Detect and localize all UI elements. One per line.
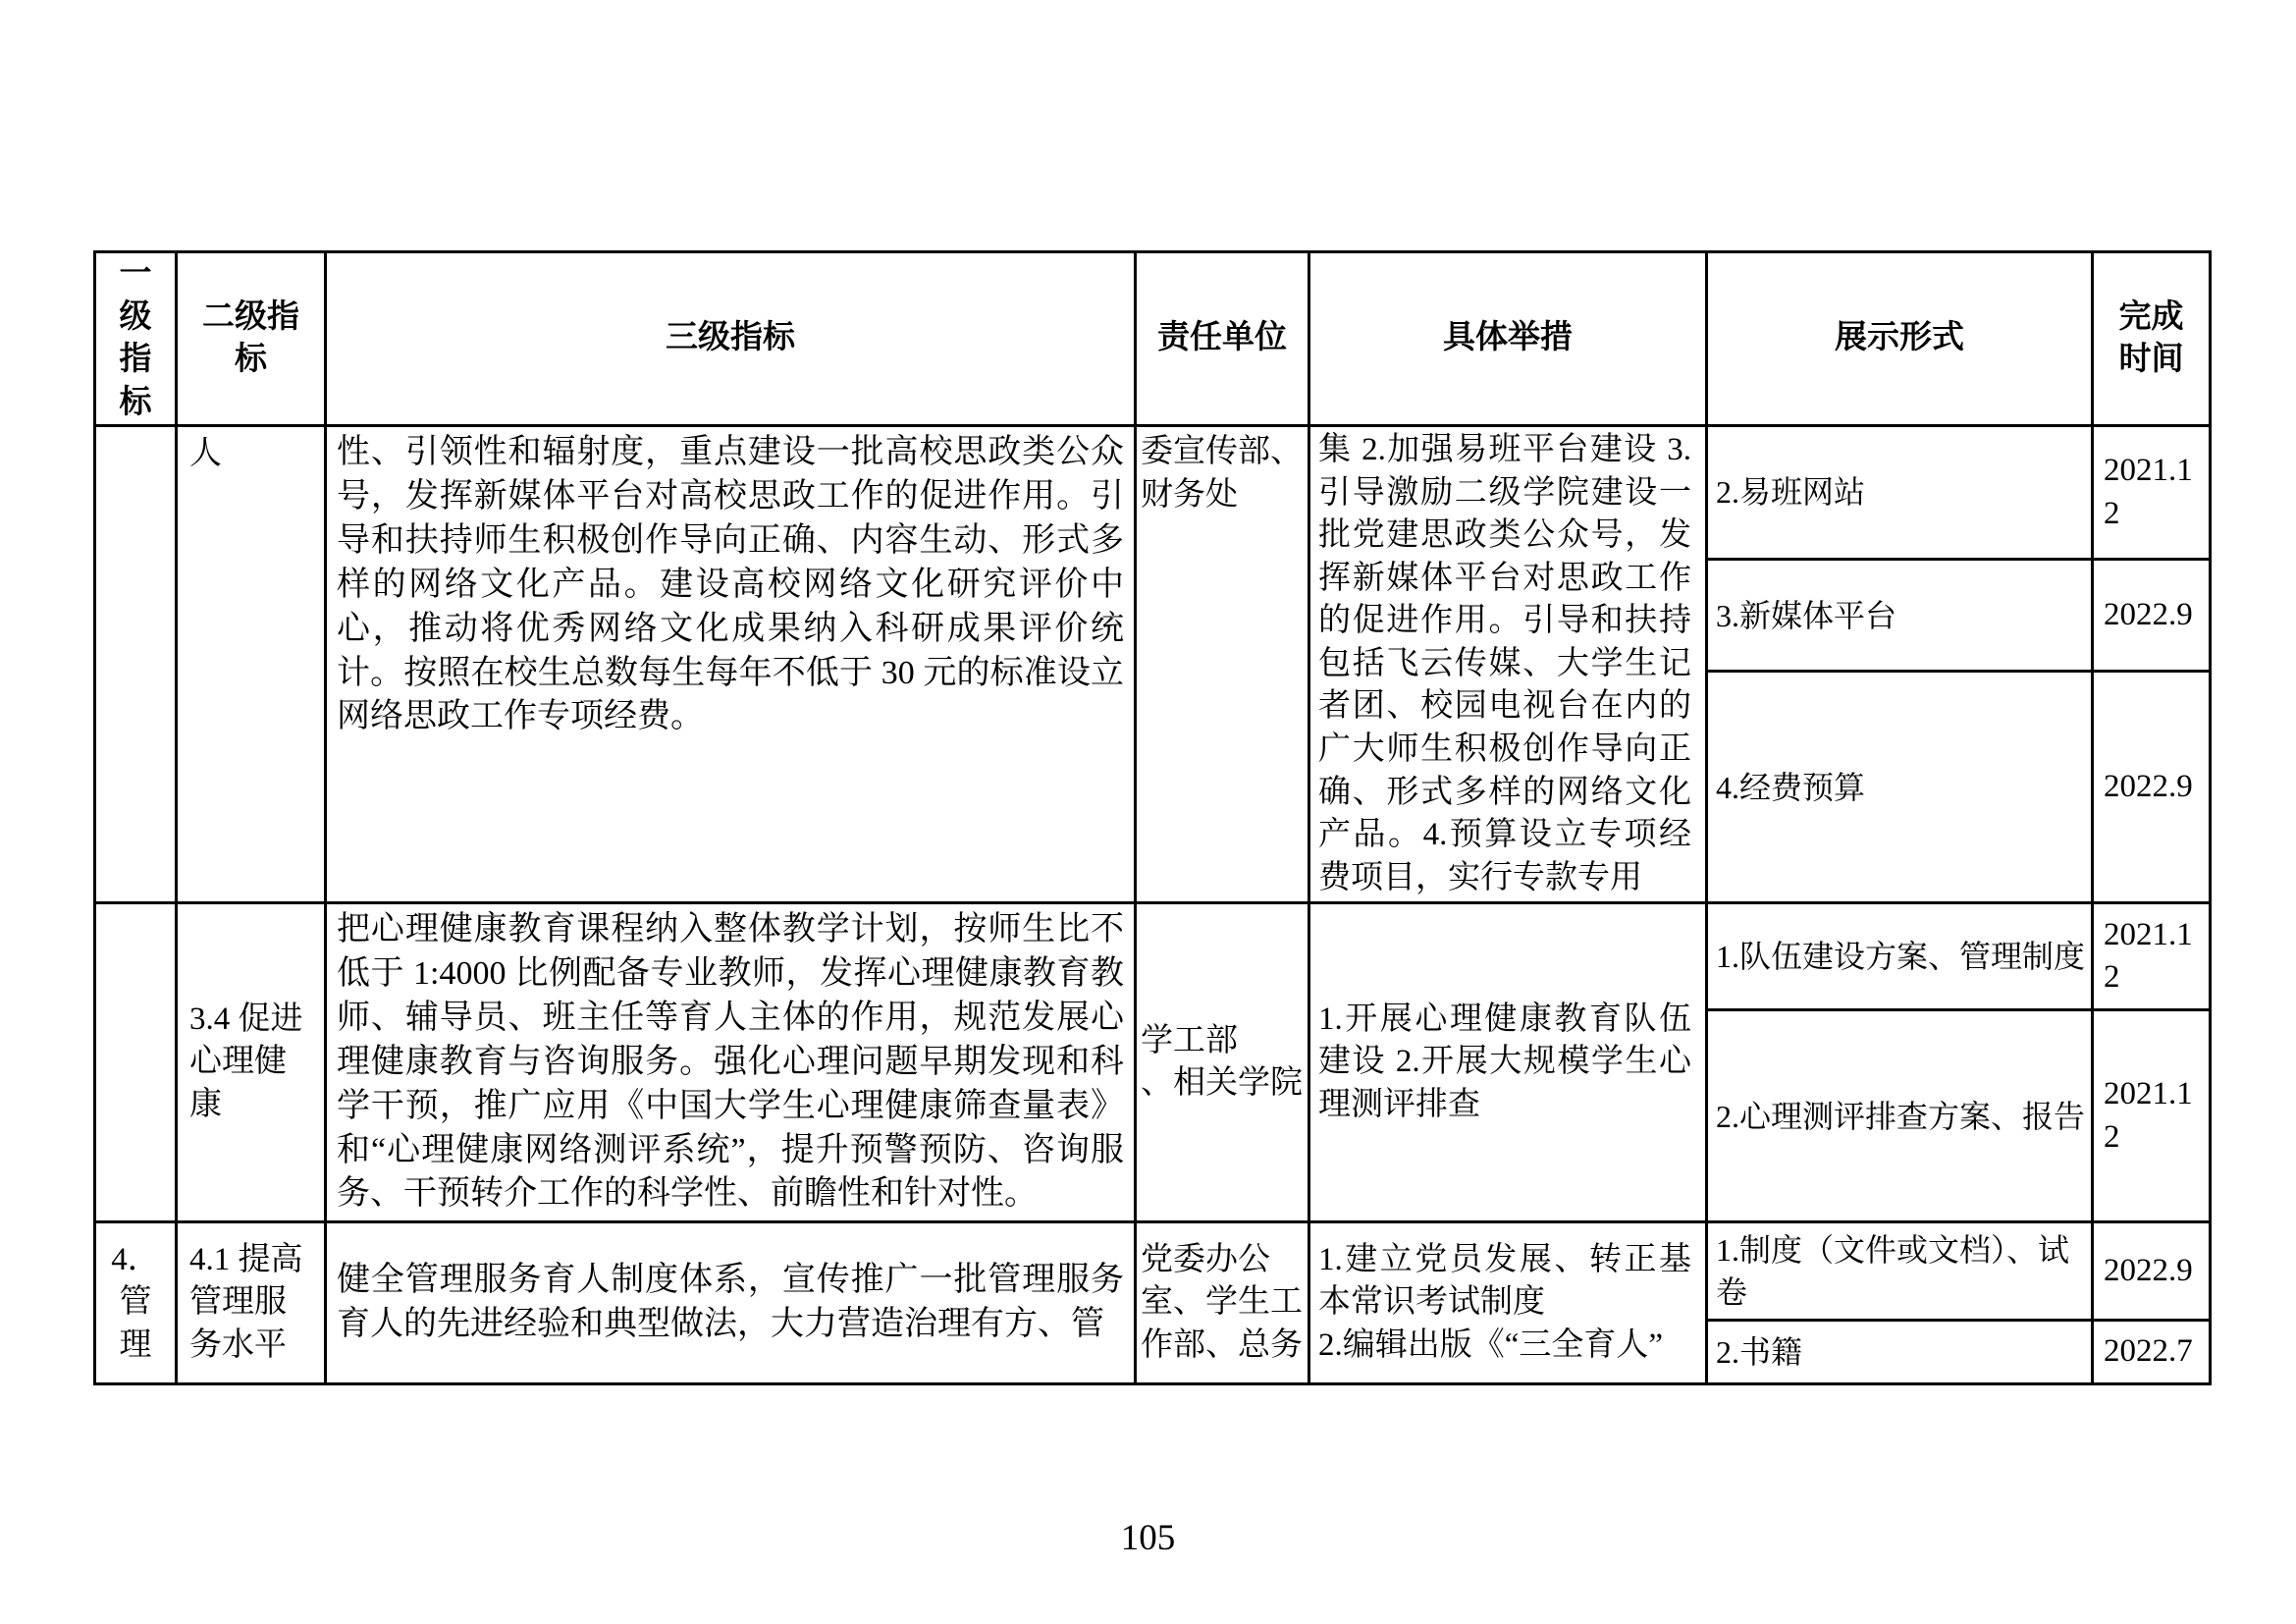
header-level2-indicator: 二级指标 [177, 252, 326, 426]
level1-cell [95, 903, 177, 1222]
unit-cell: 学工部 、相关学院 [1136, 903, 1309, 1222]
table-header-row: 一级指标 二级指标 三级指标 责任单位 具体举措 展示形式 完成时间 [95, 252, 2211, 426]
unit-cell: 委宣传部、 财务处 [1136, 426, 1309, 903]
measures-cell: 集 2.加强易班平台建设 3.引导激励二级学院建设一批党建思政类公众号，发挥新媒… [1309, 426, 1707, 903]
header-level3-indicator: 三级指标 [326, 252, 1136, 426]
display-form-cell: 2.易班网站 [1707, 426, 2093, 560]
completion-time-cell: 2022.9 [2093, 672, 2211, 903]
level2-cell: 3.4 促进心理健康 [177, 903, 326, 1222]
indicator-table: 一级指标 二级指标 三级指标 责任单位 具体举措 展示形式 完成时间 人 性、引… [93, 250, 2212, 1385]
completion-time-cell: 2021.12 [2093, 1009, 2211, 1221]
display-form-cell: 1.制度（文件或文档）、试 卷 [1707, 1222, 2093, 1320]
display-form-cell: 2.书籍 [1707, 1320, 2093, 1383]
level2-cell: 人 [177, 426, 326, 903]
display-form-cell: 4.经费预算 [1707, 672, 2093, 903]
table-row: 3.4 促进心理健康 把心理健康教育课程纳入整体教学计划，按师生比不低于 1:4… [95, 903, 2211, 1010]
header-completion-time: 完成时间 [2093, 252, 2211, 426]
completion-time-cell: 2022.9 [2093, 559, 2211, 671]
header-display-form: 展示形式 [1707, 252, 2093, 426]
level3-cell: 性、引领性和辐射度，重点建设一批高校思政类公众号，发挥新媒体平台对高校思政工作的… [326, 426, 1136, 903]
display-form-cell: 3.新媒体平台 [1707, 559, 2093, 671]
level3-cell: 健全管理服务育人制度体系，宣传推广一批管理服务育人的先进经验和典型做法，大力营造… [326, 1222, 1136, 1383]
unit-cell: 党委办公 室、学生工 作部、总务 [1136, 1222, 1309, 1383]
completion-time-cell: 2021.12 [2093, 903, 2211, 1010]
level1-cell: 4．管理 [95, 1222, 177, 1383]
display-form-cell: 2.心理测评排查方案、报告 [1707, 1009, 2093, 1221]
completion-time-cell: 2022.9 [2093, 1222, 2211, 1320]
measures-cell: 1.开展心理健康教育队伍建设 2.开展大规模学生心理测评排查 [1309, 903, 1707, 1222]
document-page: 一级指标 二级指标 三级指标 责任单位 具体举措 展示形式 完成时间 人 性、引… [0, 0, 2296, 1624]
header-specific-measures: 具体举措 [1309, 252, 1707, 426]
header-responsible-unit: 责任单位 [1136, 252, 1309, 426]
table-row: 4．管理 4.1 提高管理服务水平 健全管理服务育人制度体系，宣传推广一批管理服… [95, 1222, 2211, 1320]
page-number: 105 [0, 1517, 2296, 1559]
table-row: 人 性、引领性和辐射度，重点建设一批高校思政类公众号，发挥新媒体平台对高校思政工… [95, 426, 2211, 560]
header-level1-indicator: 一级指标 [95, 252, 177, 426]
measures-cell: 1.建立党员发展、转正基本常识考试制度 2.编辑出版《“三全育人” [1309, 1222, 1707, 1383]
level2-cell: 4.1 提高管理服务水平 [177, 1222, 326, 1383]
level1-cell [95, 426, 177, 903]
level3-cell: 把心理健康教育课程纳入整体教学计划，按师生比不低于 1:4000 比例配备专业教… [326, 903, 1136, 1222]
completion-time-cell: 2022.7 [2093, 1320, 2211, 1383]
completion-time-cell: 2021.12 [2093, 426, 2211, 560]
display-form-cell: 1.队伍建设方案、管理制度 [1707, 903, 2093, 1010]
